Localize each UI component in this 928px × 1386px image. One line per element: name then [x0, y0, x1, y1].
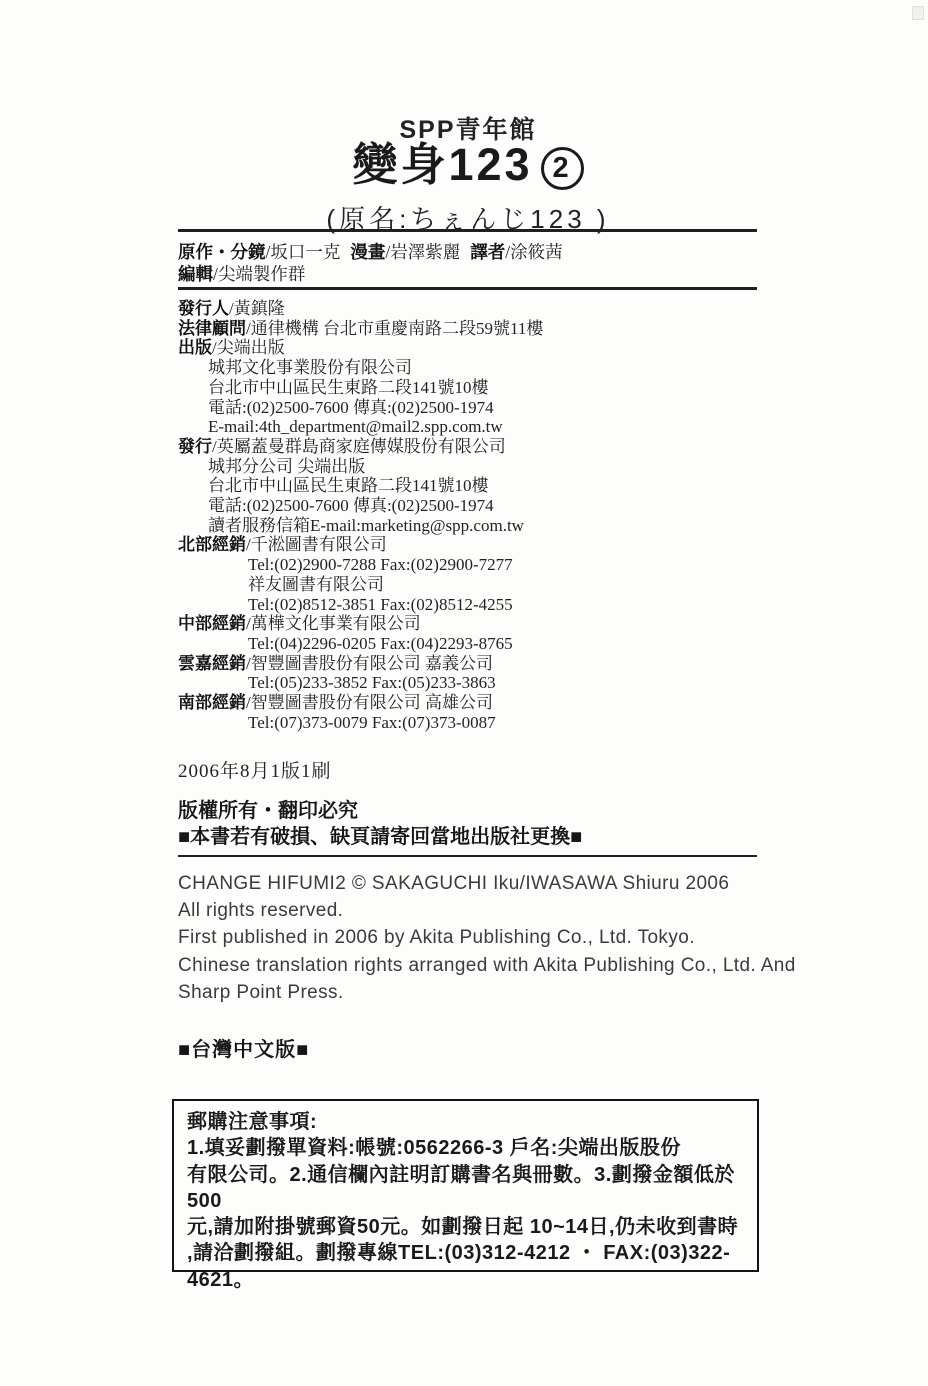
artist-value: 岩澤紫麗 — [390, 242, 460, 262]
english-translation-rights-line: Chinese translation rights arranged with… — [178, 952, 818, 979]
mail-order-line: 元,請加附掛號郵資50元。如劃撥日起 10~14日,仍未收到書時 — [187, 1214, 744, 1240]
translator-label: 譯者 — [470, 242, 505, 262]
issuer-branch-line: 城邦分公司 尖端出版 — [178, 457, 768, 477]
legal-advisor-line: 法律顧問/通律機構 台北市重慶南路二段59號11樓 — [178, 319, 768, 339]
scan-artifact — [912, 6, 924, 20]
credits-block: 原作・分鏡/坂口一克漫畫/岩澤紫麗譯者/涂筱茜 編輯/尖端製作群 — [178, 241, 758, 285]
damaged-copy-line: ■本書若有破損、缺頁請寄回當地出版社更換■ — [178, 824, 778, 850]
publisher-person-line: 發行人/黃鎮隆 — [178, 299, 768, 319]
book-title: 變身1232 — [178, 140, 758, 190]
publisher-phone-line: 電話:(02)2500-7600 傳真:(02)2500-1974 — [178, 398, 768, 418]
issuer-address-line: 台北市中山區民生東路二段141號10樓 — [178, 476, 768, 496]
artist-label: 漫畫 — [350, 242, 385, 262]
publisher-company-line: 城邦文化事業股份有限公司 — [178, 358, 768, 378]
english-copyright-block: CHANGE HIFUMI2 © SAKAGUCHI Iku/IWASAWA S… — [178, 870, 818, 1006]
yunjia-distributor-tel-line: Tel:(05)233-3852 Fax:(05)233-3863 — [178, 673, 768, 693]
credits-authors-line: 原作・分鏡/坂口一克漫畫/岩澤紫麗譯者/涂筱茜 — [178, 241, 758, 263]
issuer-line: 發行/英屬蓋曼群島商家庭傳媒股份有限公司 — [178, 437, 768, 457]
mail-order-line: 1.填妥劃撥單資料:帳號:0562266-3 戶名:尖端出版股份 — [187, 1135, 744, 1161]
divider-rule-top — [178, 229, 757, 232]
publication-info-block: 發行人/黃鎮隆 法律顧問/通律機構 台北市重慶南路二段59號11樓 出版/尖端出… — [178, 299, 768, 732]
volume-badge: 2 — [541, 147, 584, 190]
issuer-label: 發行 — [178, 437, 212, 456]
copyright-notice-block: 版權所有・翻印必究 ■本書若有破損、缺頁請寄回當地出版社更換■ — [178, 798, 778, 850]
legal-advisor-label: 法律顧問 — [178, 319, 246, 338]
yunjia-distributor-line: 雲嘉經銷/智豐圖書股份有限公司 嘉義公司 — [178, 654, 768, 674]
divider-rule-credits — [178, 287, 757, 290]
credits-editor-line: 編輯/尖端製作群 — [178, 263, 758, 285]
south-distributor-line: 南部經銷/智豐圖書股份有限公司 高雄公司 — [178, 693, 768, 713]
rights-reserved-line: 版權所有・翻印必究 — [178, 798, 778, 824]
yunjia-distributor-value: 智豐圖書股份有限公司 嘉義公司 — [251, 654, 493, 673]
yunjia-distributor-label: 雲嘉經銷 — [178, 654, 246, 673]
editor-label: 編輯 — [178, 264, 213, 284]
mail-order-line: 有限公司。2.通信欄內註明訂購書名與冊數。3.劃撥金額低於500 — [187, 1162, 744, 1215]
editor-value: 尖端製作群 — [218, 264, 306, 284]
mail-order-title: 郵購注意事項: — [187, 1109, 744, 1135]
central-distributor-label: 中部經銷 — [178, 614, 246, 633]
issuer-phone-line: 電話:(02)2500-7600 傳真:(02)2500-1974 — [178, 496, 768, 516]
south-distributor-tel-line: Tel:(07)373-0079 Fax:(07)373-0087 — [178, 713, 768, 733]
author-value: 坂口一克 — [270, 242, 340, 262]
north-distributor-line: 北部經銷/千淞圖書有限公司 — [178, 535, 768, 555]
mail-order-box: 郵購注意事項: 1.填妥劃撥單資料:帳號:0562266-3 戶名:尖端出版股份… — [172, 1099, 759, 1272]
publisher-address-line: 台北市中山區民生東路二段141號10樓 — [178, 378, 768, 398]
publisher-label: 出版 — [178, 338, 212, 357]
issuer-value: 英屬蓋曼群島商家庭傳媒股份有限公司 — [217, 437, 506, 456]
north-distributor2-line: 祥友圖書有限公司 — [178, 575, 768, 595]
english-copyright-line: CHANGE HIFUMI2 © SAKAGUCHI Iku/IWASAWA S… — [178, 870, 818, 897]
central-distributor-tel-line: Tel:(04)2296-0205 Fax:(04)2293-8765 — [178, 634, 768, 654]
north-distributor-tel-line: Tel:(02)2900-7288 Fax:(02)2900-7277 — [178, 555, 768, 575]
publisher-person-value: 黃鎮隆 — [234, 299, 285, 318]
taiwan-edition-mark: ■台灣中文版■ — [178, 1033, 309, 1062]
publisher-line: 出版/尖端出版 — [178, 338, 768, 358]
issuer-email-line: 讀者服務信箱E-mail:marketing@spp.com.tw — [178, 516, 768, 536]
publisher-email-line: E-mail:4th_department@mail2.spp.com.tw — [178, 417, 768, 437]
publisher-person-label: 發行人 — [178, 299, 229, 318]
english-first-published-line: First published in 2006 by Akita Publish… — [178, 924, 818, 951]
author-label: 原作・分鏡 — [178, 242, 266, 262]
english-rights-line: All rights reserved. — [178, 897, 818, 924]
central-distributor-value: 萬樺文化事業有限公司 — [251, 614, 421, 633]
legal-advisor-value: 通律機構 台北市重慶南路二段59號11樓 — [251, 319, 544, 338]
central-distributor-line: 中部經銷/萬樺文化事業有限公司 — [178, 614, 768, 634]
south-distributor-value: 智豐圖書股份有限公司 高雄公司 — [251, 693, 493, 712]
edition-printing-line: 2006年8月1版1刷 — [178, 756, 332, 783]
mail-order-line: ,請洽劃撥組。劃撥專線TEL:(03)312-4212 ・ FAX:(03)32… — [187, 1240, 744, 1266]
book-title-text: 變身123 — [352, 139, 532, 190]
publisher-value: 尖端出版 — [217, 338, 285, 357]
north-distributor2-tel-line: Tel:(02)8512-3851 Fax:(02)8512-4255 — [178, 595, 768, 615]
english-press-line: Sharp Point Press. — [178, 979, 818, 1006]
north-distributor-value: 千淞圖書有限公司 — [251, 535, 387, 554]
translator-value: 涂筱茜 — [510, 242, 563, 262]
colophon-page: SPP青年館 變身1232 (原名:ちぇんじ123 ) 原作・分鏡/坂口一克漫畫… — [0, 0, 928, 1386]
divider-rule-notice — [178, 855, 757, 857]
mail-order-line: 4621。 — [187, 1267, 744, 1293]
south-distributor-label: 南部經銷 — [178, 693, 246, 712]
north-distributor-label: 北部經銷 — [178, 535, 246, 554]
